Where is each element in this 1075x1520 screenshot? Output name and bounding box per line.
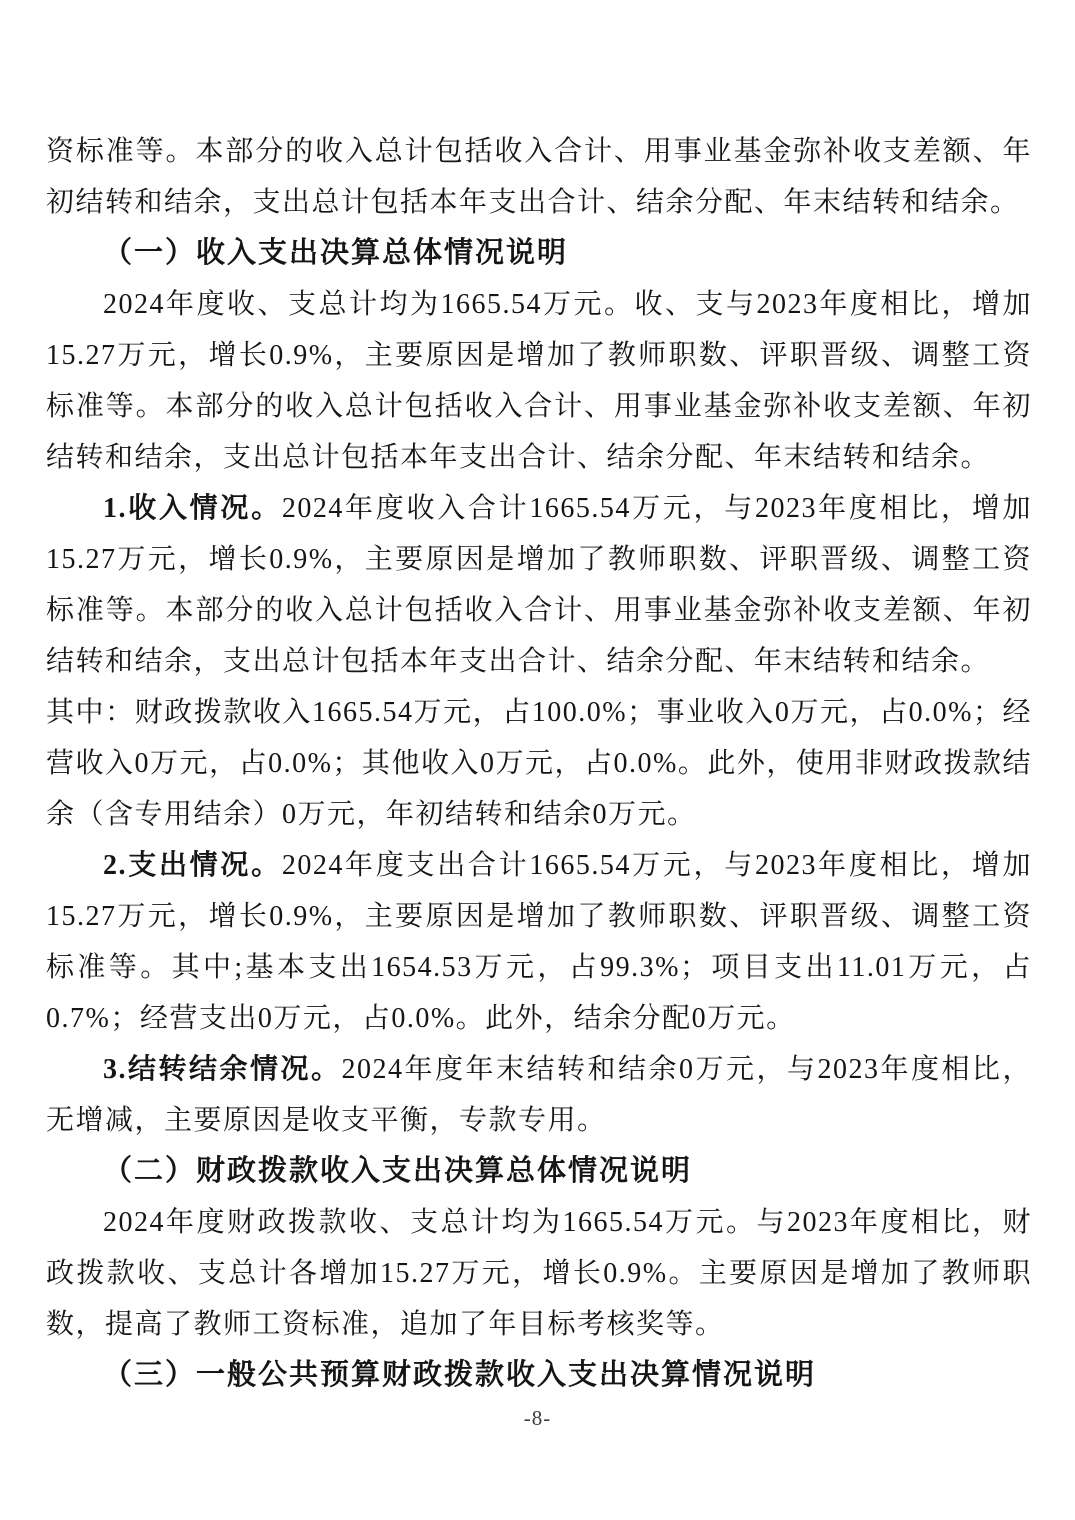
paragraph-revenue-breakdown: 其中：财政拨款收入1665.54万元，占100.0%；事业收入0万元，占0.0%… [46,687,1032,840]
paragraph-fiscal-appropriation-totals: 2024年度财政拨款收、支总计均为1665.54万元。与2023年度相比，财政拨… [46,1197,1032,1350]
paragraph-continued-from-previous-page: 资标准等。本部分的收入总计包括收入合计、用事业基金弥补收支差额、年初结转和结余，… [46,126,1032,228]
paragraph-expenditure-situation: 2.支出情况。2024年度支出合计1665.54万元，与2023年度相比，增加1… [46,840,1032,1044]
paragraph-carryover-balance-label: 3.结转结余情况。 [103,1054,342,1085]
paragraph-carryover-balance-situation: 3.结转结余情况。2024年度年末结转和结余0万元，与2023年度相比，无增减，… [46,1044,1032,1146]
paragraph-overall-totals: 2024年度收、支总计均为1665.54万元。收、支与2023年度相比，增加15… [46,279,1032,483]
document-page: 资标准等。本部分的收入总计包括收入合计、用事业基金弥补收支差额、年初结转和结余，… [0,0,1075,1520]
document-body: 资标准等。本部分的收入总计包括收入合计、用事业基金弥补收支差额、年初结转和结余，… [46,126,1032,1401]
paragraph-revenue-situation: 1.收入情况。2024年度收入合计1665.54万元，与2023年度相比，增加1… [46,483,1032,687]
page-number: -8- [0,1403,1075,1433]
paragraph-revenue-situation-label: 1.收入情况。 [103,493,282,524]
paragraph-expenditure-situation-label: 2.支出情况。 [103,850,282,881]
heading-section-3-general-public-budget: （三）一般公共预算财政拨款收入支出决算情况说明 [46,1350,1032,1401]
heading-section-1-revenue-expenditure-overview: （一）收入支出决算总体情况说明 [46,228,1032,279]
heading-section-2-fiscal-appropriation-overview: （二）财政拨款收入支出决算总体情况说明 [46,1146,1032,1197]
